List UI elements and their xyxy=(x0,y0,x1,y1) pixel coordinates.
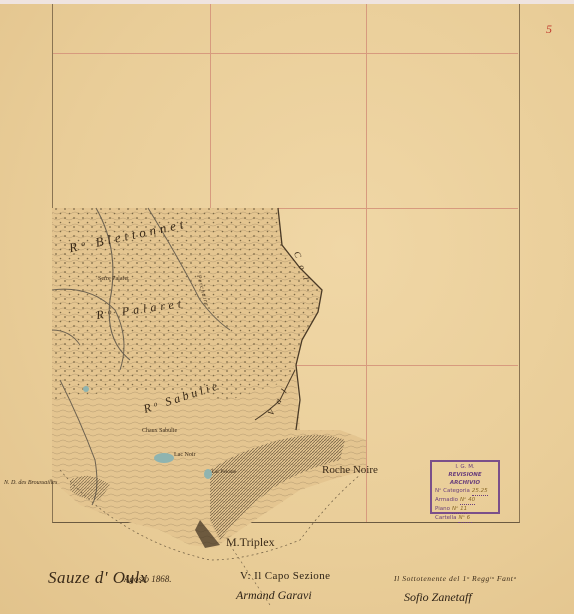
stamp-row-value: Nᵒ 40 xyxy=(460,496,475,505)
stamp-title: REVISIONE ARCHIVIO xyxy=(435,471,495,487)
label-lac-pelouse: Lac Pelouse xyxy=(212,470,236,475)
signature-right: Sofio Zanetaff xyxy=(404,590,472,605)
stamp-row-label: Nᵒ Categoria xyxy=(435,487,470,496)
stamp-row-label: Cartella xyxy=(435,514,456,523)
stamp-row-label: Piano xyxy=(435,505,450,514)
label-roche-noire: Roche Noire xyxy=(322,464,378,476)
stamp-row: Nᵒ Categoria25.25 xyxy=(435,487,495,496)
stamp-header: I. G. M. xyxy=(435,463,495,471)
archive-stamp: I. G. M. REVISIONE ARCHIVIO Nᵒ Categoria… xyxy=(430,460,500,514)
label-m-triplex: M.Triplex xyxy=(226,535,275,550)
label-lac-noir: Lac Noir xyxy=(174,452,196,458)
label-serre-palaret: Serre Palaret xyxy=(98,276,129,282)
stamp-row-value: 25.25 xyxy=(472,487,488,496)
surveyor-line: Il Sottotenente del 1ᵒ Reggᵗᵒ Fantᵃ xyxy=(394,574,517,583)
page-number: 5 xyxy=(546,22,552,37)
stamp-row-value: Nᵒ 6 xyxy=(458,514,472,523)
signature-left: Armand Garavi xyxy=(236,588,312,603)
stamp-row-label: Armadio xyxy=(435,496,458,505)
stamp-row: CartellaNᵒ 6 xyxy=(435,514,495,523)
stamp-row: PianoNᵒ 11 xyxy=(435,505,495,514)
map-date: Agosto 1868. xyxy=(124,574,172,584)
label-nd-des-broussailles: N. D. des Broussailles xyxy=(4,480,57,486)
stamp-row-value: Nᵒ 11 xyxy=(452,505,467,514)
stamp-row: ArmadioNᵒ 40 xyxy=(435,496,495,505)
label-chaux-sabulie: Chaux Sabulie xyxy=(142,428,177,434)
approval-line: V: Il Capo Sezione xyxy=(240,570,330,582)
